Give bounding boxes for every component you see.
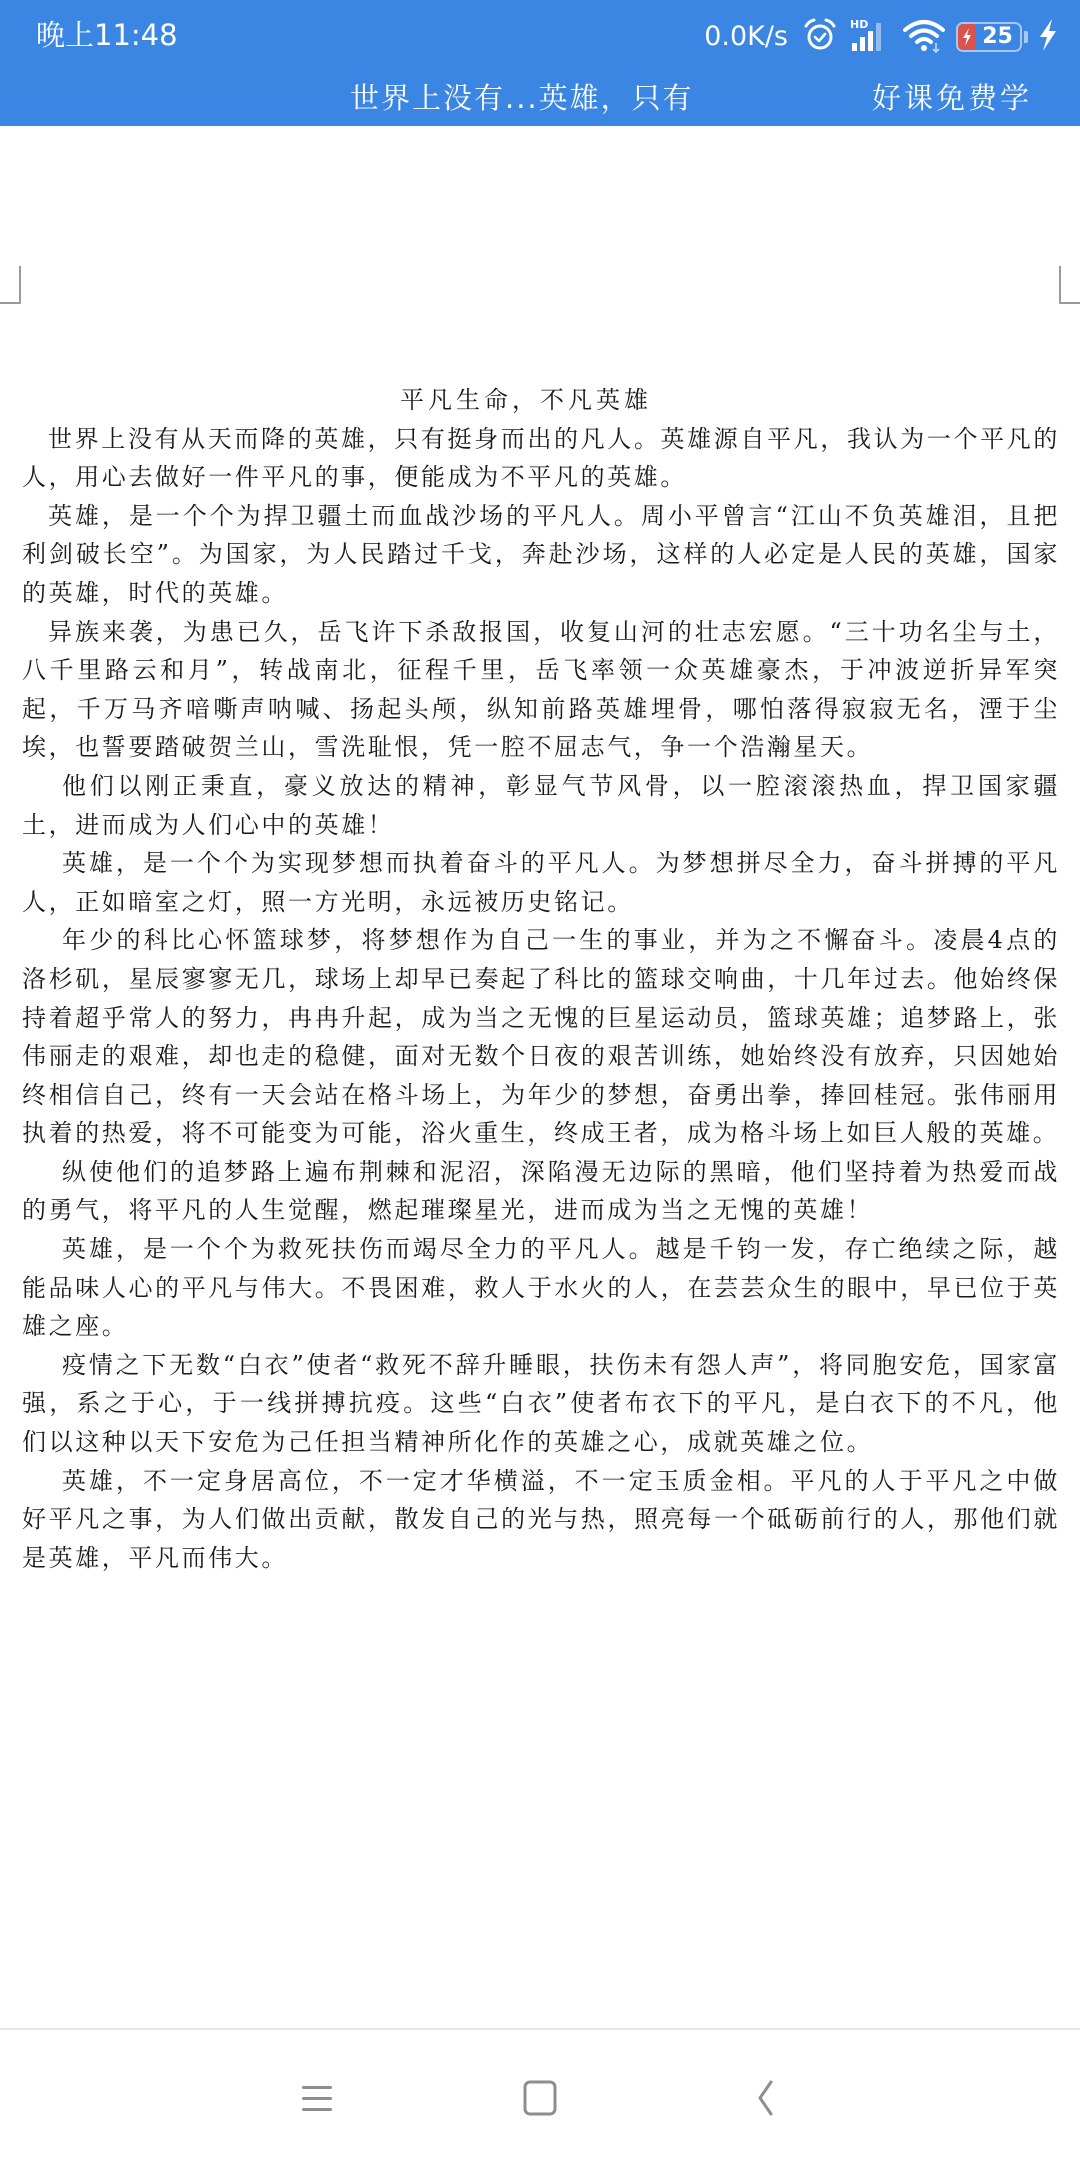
hd-label: HD (850, 18, 868, 31)
screen: 晚上11:48 0.0K/s HD (0, 0, 1080, 2160)
alarm-icon (802, 17, 838, 57)
system-nav-bar (0, 2028, 1080, 2160)
paragraph: 疫情之下无数“白衣”使者“救死不辞升睡眼，扶伤未有怨人声”，将同胞安危，国家富强… (22, 1346, 1060, 1462)
paragraph: 英雄，是一个个为实现梦想而执着奋斗的平凡人。为梦想拼尽全力，奋斗拼搏的平凡人，正… (22, 844, 1060, 921)
menu-button[interactable] (277, 2060, 357, 2140)
home-button[interactable] (500, 2060, 580, 2140)
paragraph: 英雄，不一定身居高位，不一定才华横溢，不一定玉质金相。平凡的人于平凡之中做好平凡… (22, 1462, 1060, 1578)
essay-title: 平凡生命，不凡英雄 (22, 381, 1060, 420)
document-page[interactable]: 平凡生命，不凡英雄 世界上没有从天而降的英雄，只有挺身而出的凡人。英雄源自平凡，… (0, 126, 1080, 2028)
status-bar: 晚上11:48 0.0K/s HD (0, 0, 1080, 70)
back-button[interactable] (726, 2060, 806, 2140)
hd-signal-icon: HD (848, 17, 892, 57)
back-chevron-icon (754, 2080, 778, 2120)
status-time: 晚上11:48 (36, 18, 178, 52)
page-corner-mark-right (1059, 266, 1080, 304)
page-corner-mark-left (0, 266, 21, 304)
paragraph: 年少的科比心怀篮球梦，将梦想作为自己一生的事业，并为之不懈奋斗。凌晨4点的洛杉矶… (22, 921, 1060, 1153)
hamburger-menu-icon (300, 2081, 334, 2119)
home-square-icon (522, 2080, 558, 2120)
free-courses-link[interactable]: 好课免费学 (872, 80, 1032, 116)
charging-icon (1038, 19, 1058, 55)
paragraph: 异族来袭，为患已久，岳飞许下杀敌报国，收复山河的壮志宏愿。“三十功名尘与土，八千… (22, 613, 1060, 767)
battery-icon: 25 (956, 22, 1022, 52)
wifi-icon (902, 17, 946, 57)
paragraph: 他们以刚正秉直，豪义放达的精神，彰显气节风骨，以一腔滚滚热血，捍卫国家疆土，进而… (22, 767, 1060, 844)
document-content: 平凡生命，不凡英雄 世界上没有从天而降的英雄，只有挺身而出的凡人。英雄源自平凡，… (22, 381, 1060, 1577)
paragraph: 英雄，是一个个为救死扶伤而竭尽全力的平凡人。越是千钧一发，存亡绝续之际，越能品味… (22, 1230, 1060, 1346)
battery-percentage: 25 (975, 24, 1020, 50)
battery-charge-level (958, 24, 975, 50)
app-header: 晚上11:48 0.0K/s HD (0, 0, 1080, 126)
network-speed: 0.0K/s (704, 20, 788, 54)
paragraph: 英雄，是一个个为捍卫疆土而血战沙场的平凡人。周小平曾言“江山不负英雄泪，且把利剑… (22, 497, 1060, 613)
paragraph: 纵使他们的追梦路上遍布荆棘和泥沼，深陷漫无边际的黑暗，他们坚持着为热爱而战的勇气… (22, 1153, 1060, 1230)
paragraph: 世界上没有从天而降的英雄，只有挺身而出的凡人。英雄源自平凡，我认为一个平凡的人，… (22, 420, 1060, 497)
document-title: 世界上没有...英雄，只有 (350, 80, 694, 116)
battery-nub (1024, 31, 1028, 43)
title-bar: 世界上没有...英雄，只有 好课免费学 (0, 74, 1080, 126)
status-icons: 0.0K/s HD (704, 18, 1058, 56)
